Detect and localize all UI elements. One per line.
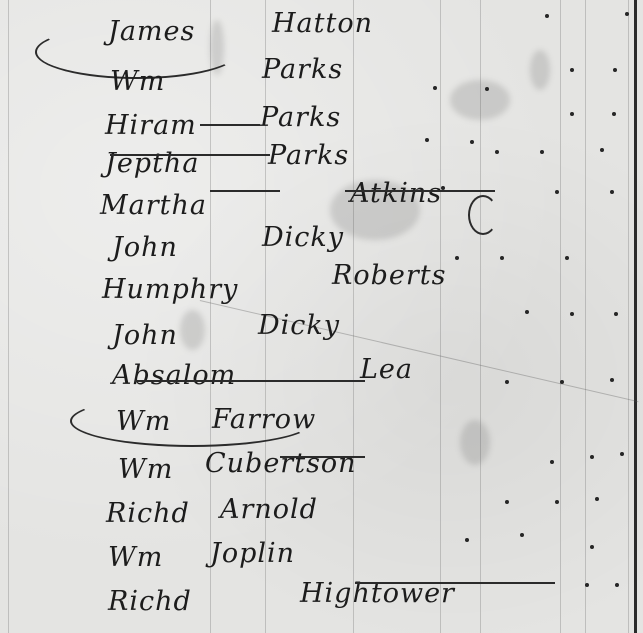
name-entry: Absalom Lea [0,356,600,394]
grid-dot [615,583,619,587]
first-name: Martha [100,190,207,221]
last-name: Hatton [272,8,373,39]
name-entry: Martha Atkins [0,186,600,224]
last-name: Cubertson [205,448,357,479]
last-name: Farrow [212,404,316,435]
pen-stroke [110,154,270,156]
margin-rule [634,0,637,633]
name-entry: Wm Joplin [0,538,600,576]
ruled-line [628,0,629,633]
grid-dot [620,452,624,456]
first-name: Wm [110,66,165,97]
name-entry: James Hatton [0,12,600,50]
first-name: Wm [108,542,163,573]
grid-dot [600,148,604,152]
name-entry: Richd Arnold [0,492,600,530]
last-name: Parks [262,54,343,85]
last-name: Parks [268,140,349,171]
name-entry: Richd Hightower [0,582,600,620]
first-name: Wm [116,406,171,437]
last-name: Arnold [220,494,318,525]
first-name: James [108,16,195,47]
grid-dot [610,378,614,382]
name-entry: Wm Farrow [0,402,600,440]
first-name: John [112,320,178,351]
grid-dot [525,310,529,314]
name-entry: Jeptha Parks [0,148,600,186]
grid-dot [613,68,617,72]
last-name: Joplin [210,538,295,569]
last-name: Dicky [262,222,344,253]
first-name: Jeptha [105,148,199,179]
name-entry: John Dicky [0,228,600,266]
pen-stroke [280,456,365,458]
first-name: John [112,232,178,263]
first-name: Richd [106,498,190,529]
pen-stroke [135,380,365,382]
first-name: Richd [108,586,192,617]
first-name: Humphry [102,274,238,305]
pen-stroke [345,190,495,192]
pen-stroke [355,582,555,584]
name-entry: John Dicky [0,318,600,356]
first-name: Absalom [112,360,236,391]
first-name: Wm [118,454,173,485]
grid-dot [570,312,574,316]
first-name: Hiram [105,110,197,141]
last-name: Roberts [332,260,446,291]
name-entry: Humphry Roberts [0,270,600,308]
last-name: Lea [360,354,413,385]
name-entry: Wm Parks [0,60,600,98]
document-page: James Hatton Wm Parks Hiram Parks Jeptha… [0,0,643,633]
pen-stroke [200,124,260,126]
grid-dot [610,190,614,194]
last-name: Parks [260,102,341,133]
last-name: Dicky [258,310,340,341]
name-entry: Hiram Parks [0,106,600,144]
pen-stroke [210,190,280,192]
grid-dot [520,533,524,537]
last-name: Atkins [350,178,442,209]
grid-dot [614,312,618,316]
grid-dot [612,112,616,116]
grid-dot [625,12,629,16]
